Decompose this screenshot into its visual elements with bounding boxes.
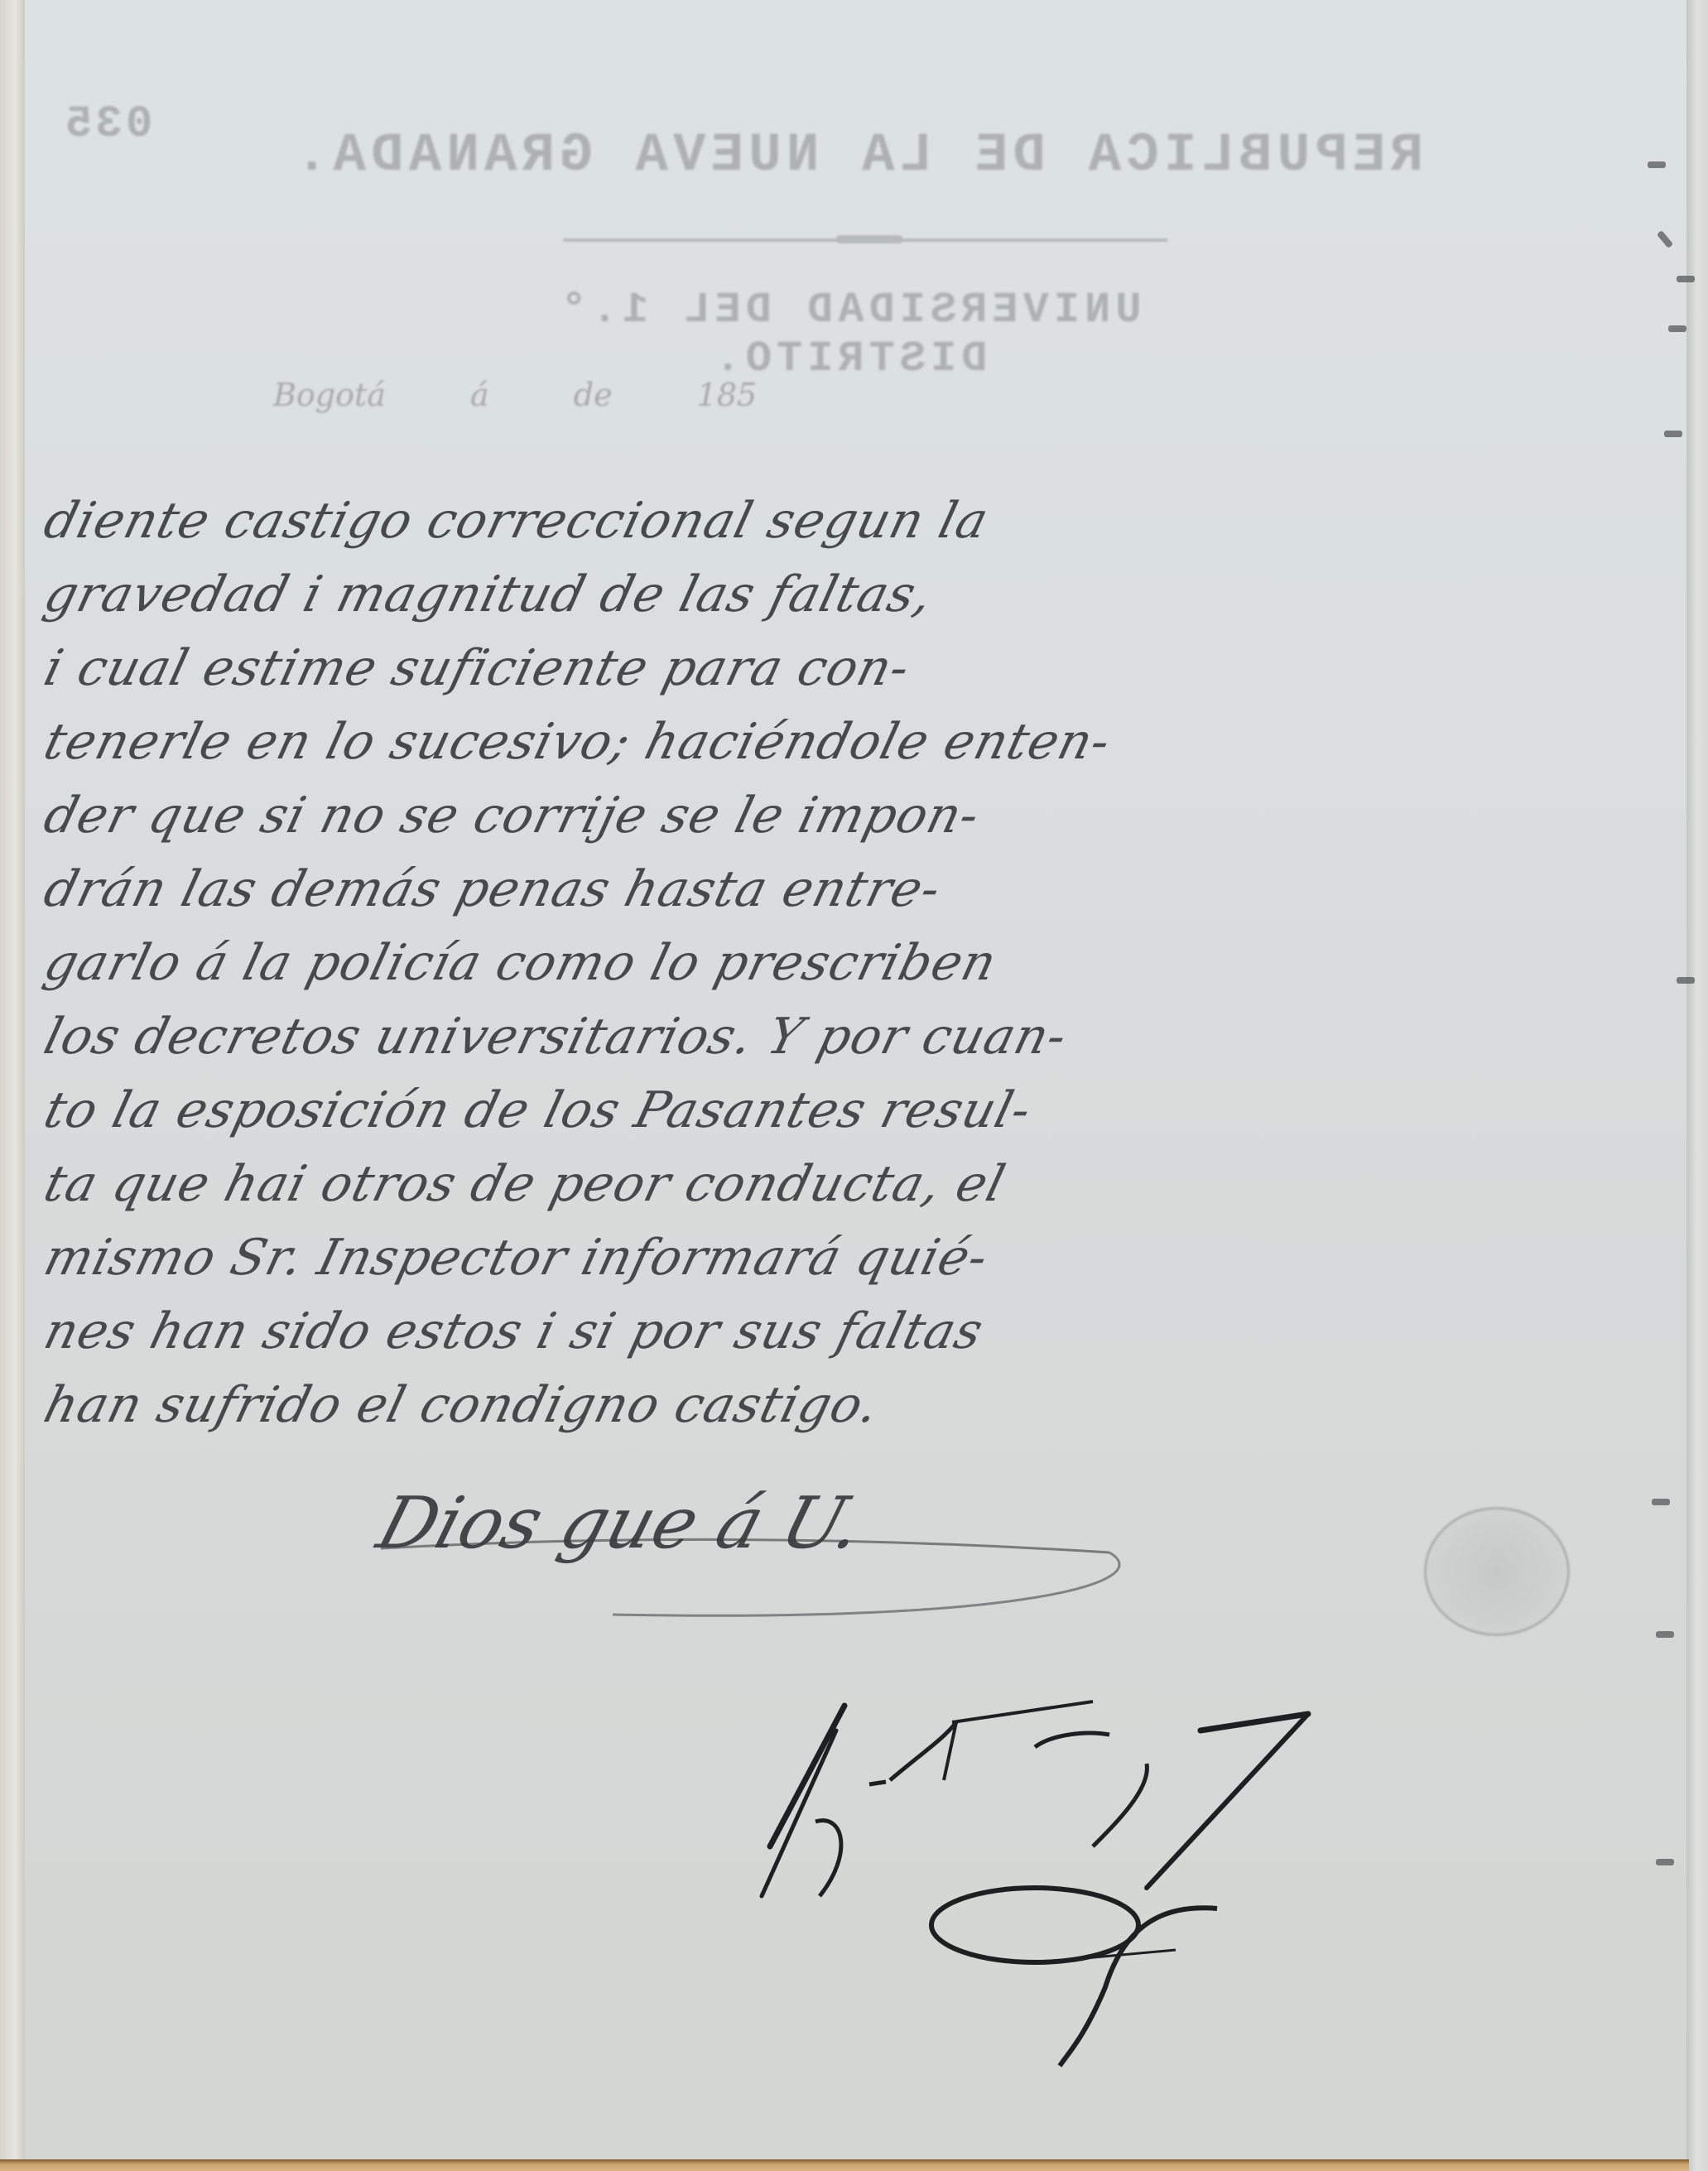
body-line: to la esposición de los Pasantes resul- [36,1074,1272,1148]
body-line: gravedad i magnitud de las faltas, [36,558,1272,632]
body-line: drán las demás penas hasta entre- [36,853,1272,927]
seal-stamp [1424,1507,1570,1636]
body-line: garlo á la policía como lo prescriben [36,927,1272,1000]
folio-number: 035 [62,99,152,150]
letterhead-title: REPUBLICA DE LA NUEVA GRANADA. [199,124,1515,186]
binding-hole-mark [1677,276,1695,282]
backing-card [0,2159,1689,2171]
letterhead-subtitle: UNIVERSIDAD DEL 1.° DISTRITO. [422,286,1275,383]
body-line: mismo Sr. Inspector informará quié- [36,1221,1272,1295]
body-line: diente castigo correccional segun la [36,484,1272,558]
binding-hole-mark [1656,1631,1674,1638]
body-line: han sufrido el condigno castigo. [36,1369,1272,1442]
body-line: i cual estime suficiente para con- [36,632,1272,705]
binding-hole-mark [1656,1859,1674,1865]
left-page-edge [0,0,25,2171]
signature [737,1656,1333,2070]
body-line: tenerle en lo sucesivo; haciéndole enten… [36,705,1272,779]
letterhead-divider [563,238,1167,242]
binding-hole-mark [1668,325,1686,332]
right-page-edge [1686,0,1708,2171]
closing-flourish [364,1515,1176,1631]
body-line: los decretos universitarios. Y por cuan- [36,1000,1272,1074]
letter-body: diente castigo correccional segun la gra… [46,484,1263,1442]
binding-hole-mark [1652,1499,1670,1505]
body-line: der que si no se corrije se le impon- [36,779,1272,853]
binding-hole-mark [1648,161,1666,168]
binding-hole-mark [1677,977,1695,984]
body-line: ta que hai otros de peor conducta, el [36,1148,1272,1221]
body-line: nes han sido estos i si por sus faltas [36,1295,1272,1369]
binding-hole-mark [1664,431,1682,437]
date-line: Bogotá á de 185 [273,377,853,413]
